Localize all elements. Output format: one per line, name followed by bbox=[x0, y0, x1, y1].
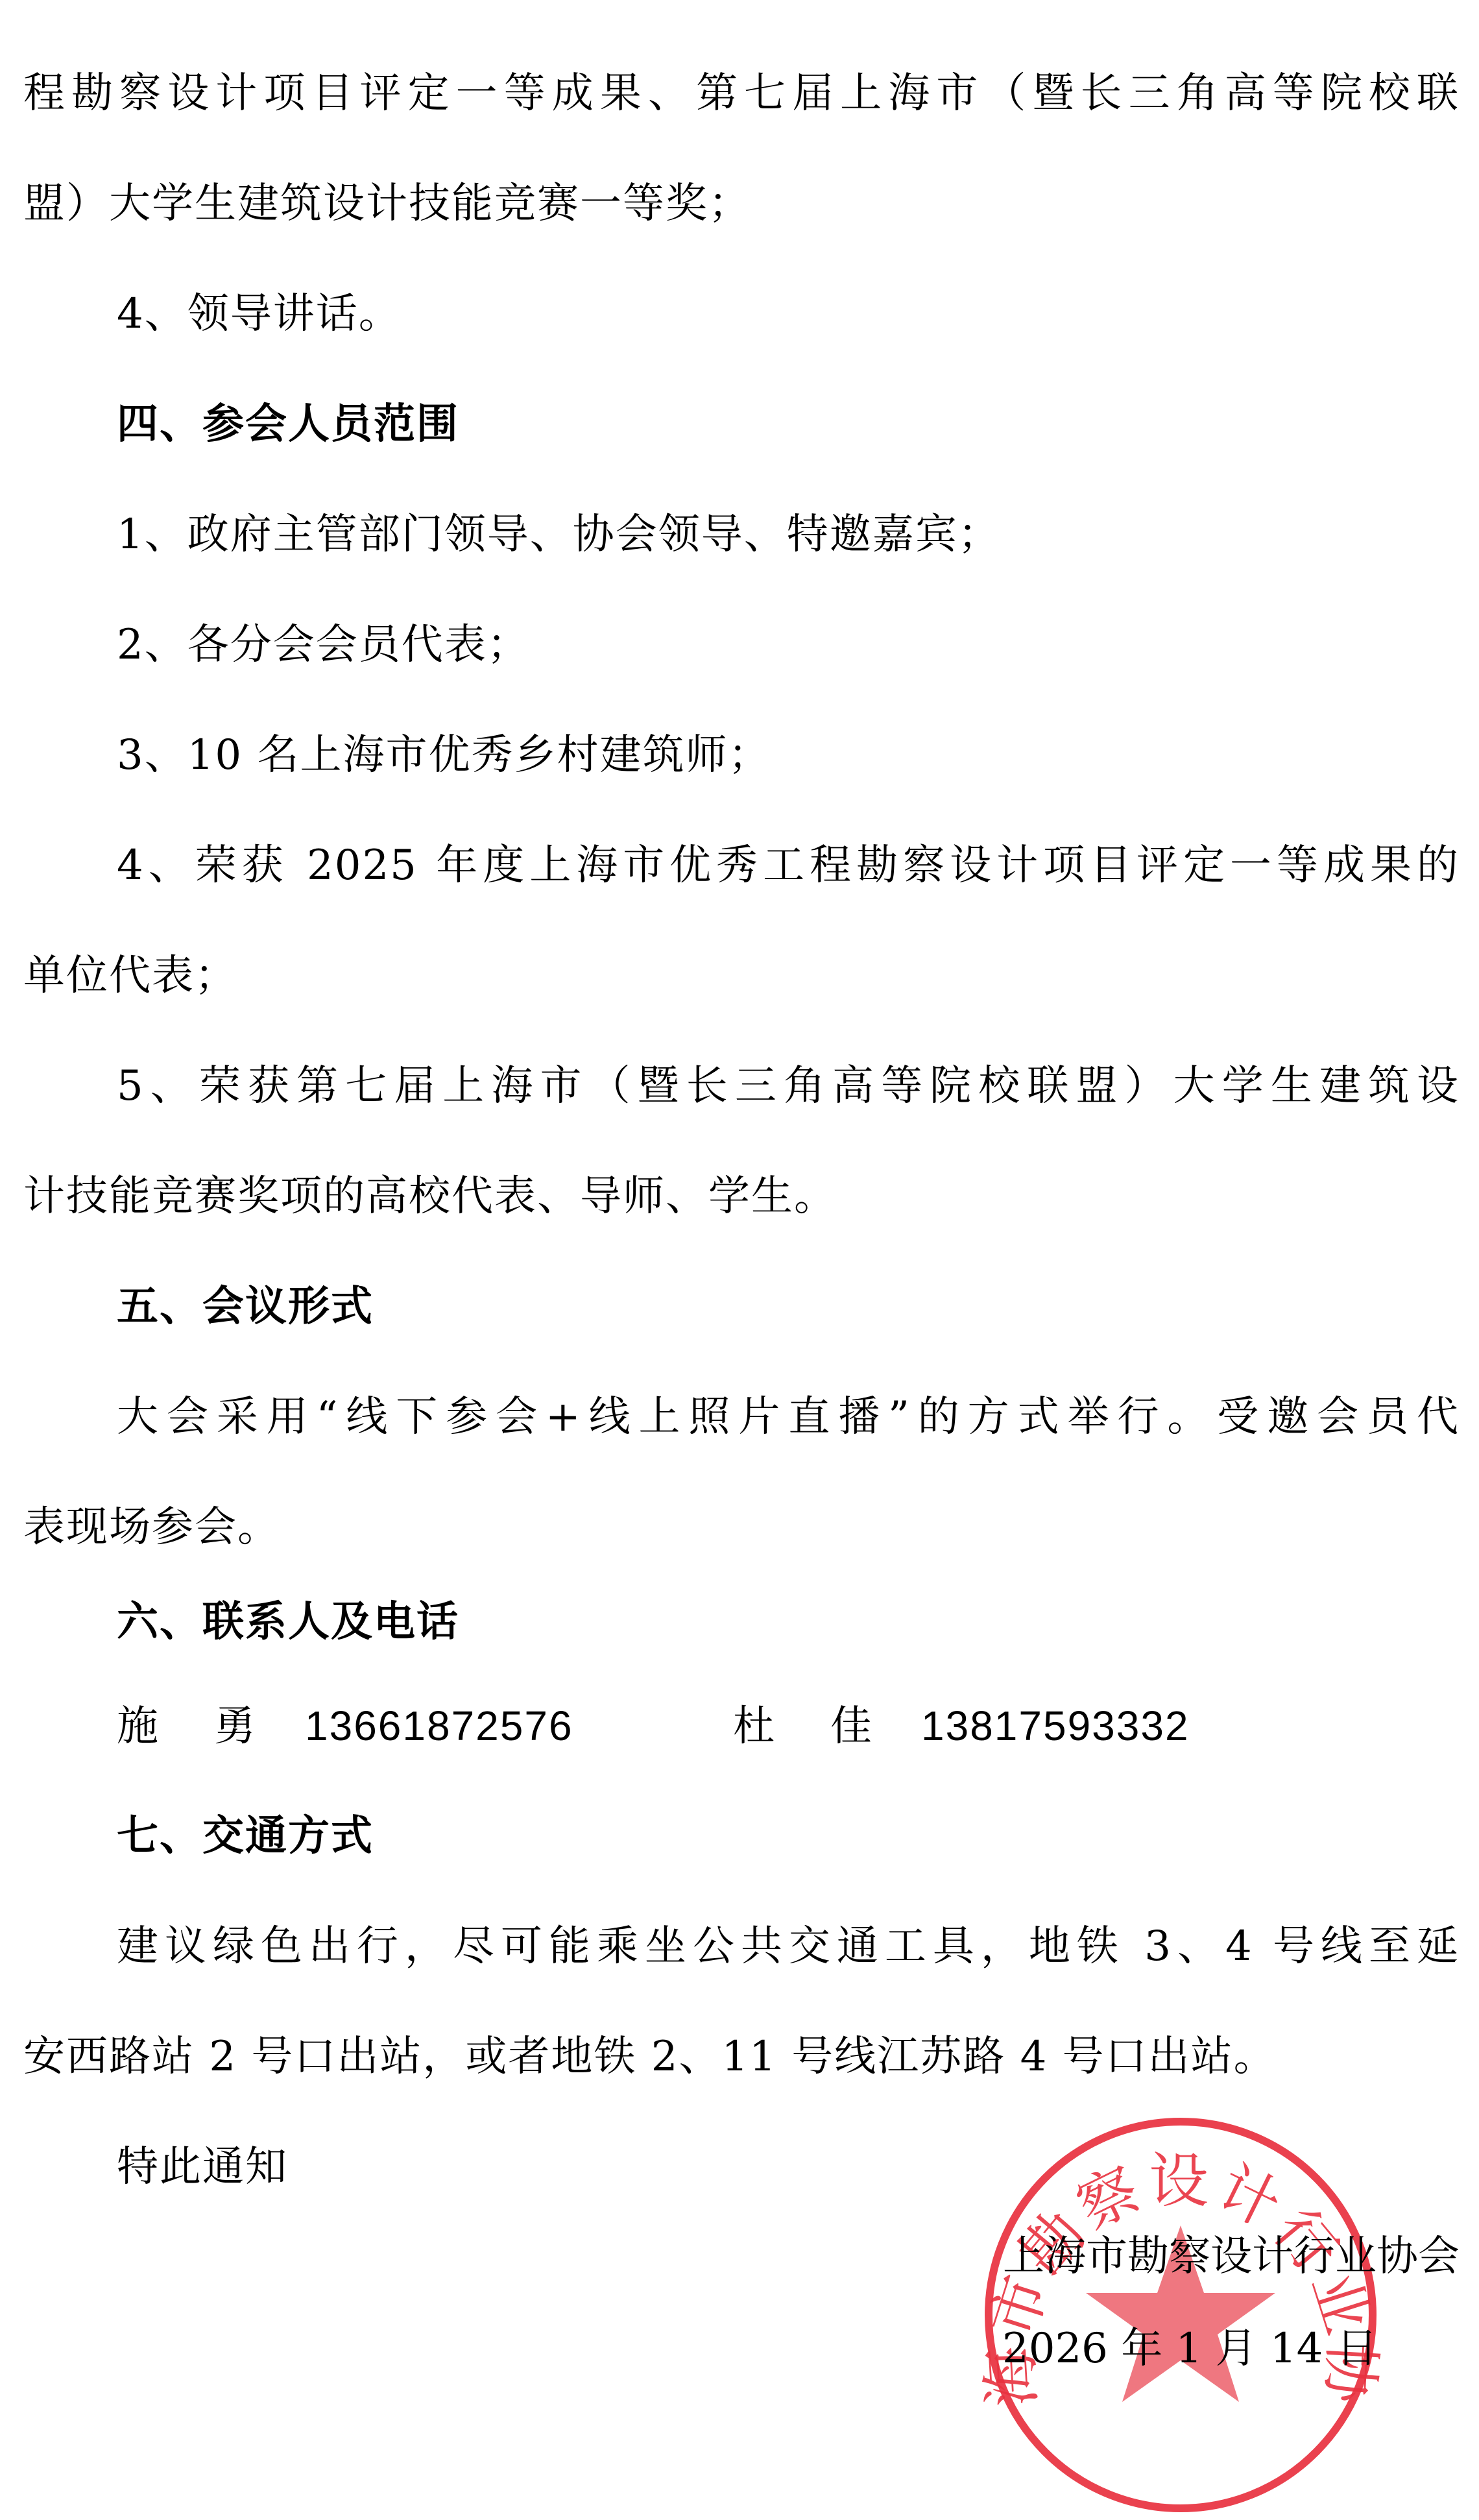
section-heading-transport: 七、交通方式 bbox=[117, 1797, 1460, 1875]
agenda-item-4: 4、领导讲话。 bbox=[117, 275, 1460, 353]
document-page: 程勘察设计项目评定一等成果、第七届上海市（暨长三角高等院校联 盟）大学生建筑设计… bbox=[0, 0, 1479, 2520]
attendee-item-4: 4、荣获 2025 年度上海市优秀工程勘察设计项目评定一等成果的 bbox=[117, 827, 1460, 904]
signature-date: 2026 年 1 月 14 日 bbox=[1002, 2310, 1378, 2388]
format-paragraph-line: 大会采用“线下参会+线上照片直播”的方式举行。受邀会员代 bbox=[117, 1378, 1460, 1456]
signature-organization: 上海市勘察设计行业协会 bbox=[1003, 2218, 1460, 2296]
contacts-row: 施勇13661872576杜佳13817593332 bbox=[117, 1687, 1460, 1765]
closing-text: 特此通知 bbox=[117, 2128, 1460, 2206]
attendee-item-2: 2、各分会会员代表； bbox=[117, 606, 1460, 684]
contact-name: 施勇 bbox=[117, 1688, 292, 1765]
attendee-item-5-cont: 计技能竞赛奖项的高校代表、导师、学生。 bbox=[23, 1157, 1460, 1235]
contact-phone[interactable]: 13817593332 bbox=[908, 1687, 1343, 1765]
contact-phone[interactable]: 13661872576 bbox=[292, 1687, 733, 1765]
attendee-item-3: 3、10 名上海市优秀乡村建筑师； bbox=[117, 716, 1460, 794]
attendee-item-5: 5、荣获第七届上海市（暨长三角高等院校联盟）大学生建筑设 bbox=[117, 1047, 1460, 1125]
section-heading-contacts: 六、联系人及电话 bbox=[117, 1583, 1460, 1661]
body-line: 盟）大学生建筑设计技能竞赛一等奖； bbox=[23, 165, 1460, 243]
body-line: 程勘察设计项目评定一等成果、第七届上海市（暨长三角高等院校联 bbox=[23, 55, 1460, 132]
format-paragraph-line: 表现场参会。 bbox=[23, 1488, 1460, 1566]
transport-paragraph-line: 安西路站 2 号口出站，或者地铁 2、11 号线江苏路 4 号口出站。 bbox=[23, 2018, 1460, 2096]
section-heading-format: 五、会议形式 bbox=[117, 1268, 1460, 1346]
transport-paragraph-line: 建议绿色出行，尽可能乘坐公共交通工具，地铁 3、4 号线至延 bbox=[117, 1908, 1460, 1985]
contact-name: 杜佳 bbox=[733, 1688, 908, 1765]
attendee-item-4-cont: 单位代表； bbox=[23, 937, 1460, 1015]
section-heading-attendees: 四、参会人员范围 bbox=[117, 385, 1460, 463]
attendee-item-1: 1、政府主管部门领导、协会领导、特邀嘉宾； bbox=[117, 496, 1460, 574]
